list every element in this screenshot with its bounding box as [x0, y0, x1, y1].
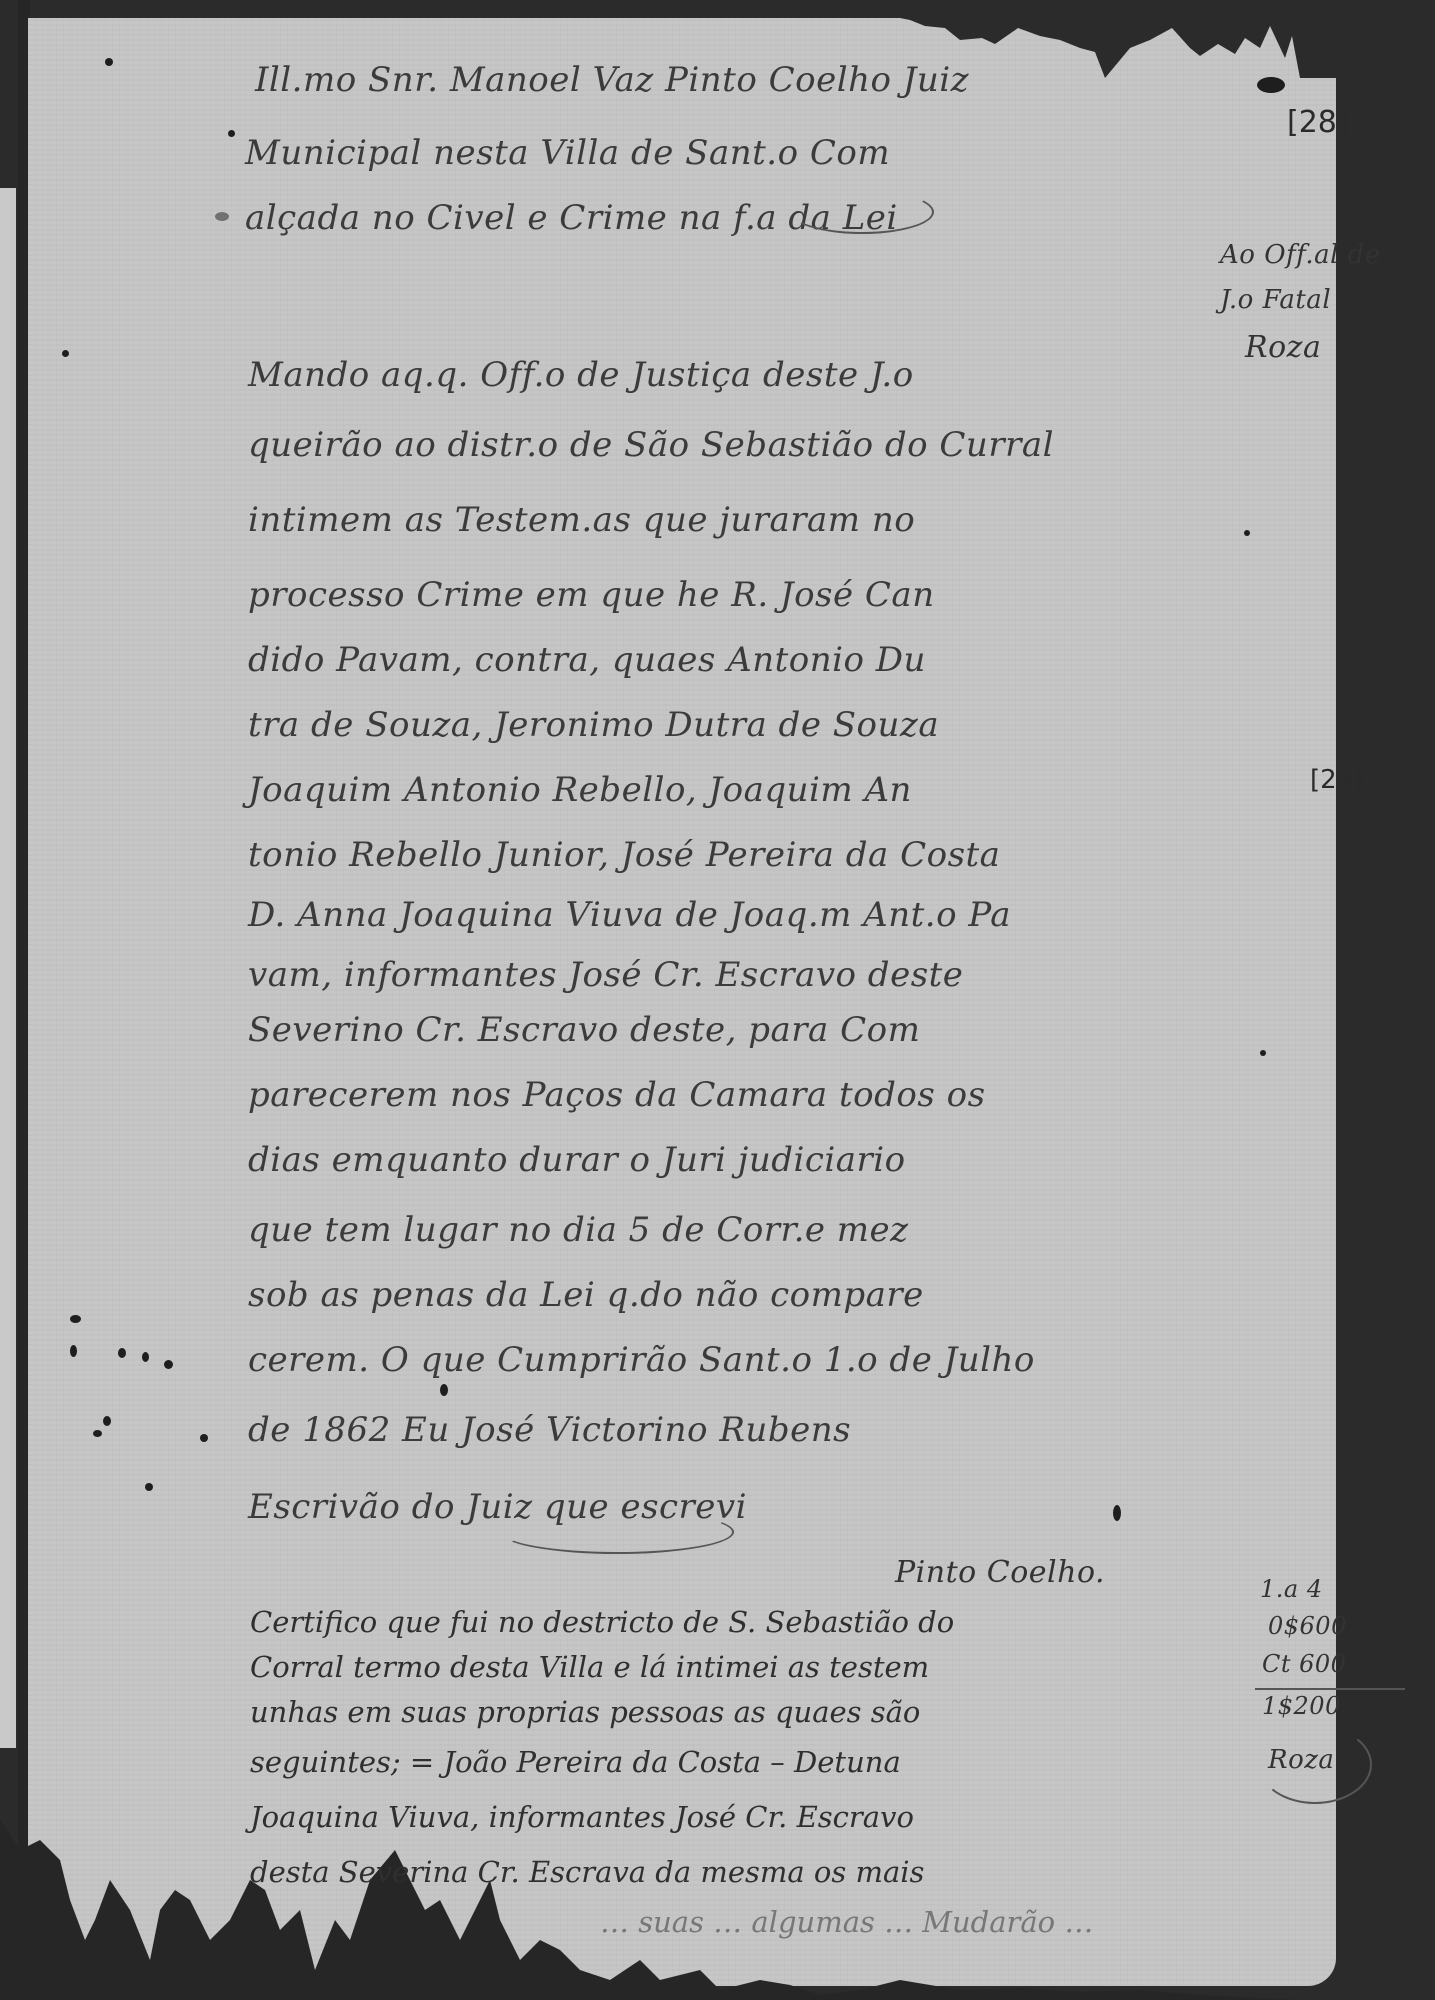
adjacent-page-strip: [0, 188, 16, 1748]
manuscript-page: [28, 18, 1336, 1986]
certificate-line: … suas … algumas … Mudarão …: [600, 1905, 1093, 1939]
body-line: de 1862 Eu José Victorino Rubens: [248, 1410, 851, 1450]
certificate-line: desta Severina Cr. Escrava da mesma os m…: [250, 1855, 924, 1889]
body-line: sob as penas da Lei q.do não compare: [248, 1275, 924, 1315]
fee-total: 1$200: [1262, 1692, 1341, 1720]
header-line: Ill.mo Snr. Manoel Vaz Pinto Coelho Juiz: [255, 60, 969, 100]
fee-line: 1.a 4: [1260, 1575, 1323, 1603]
ink-spot: [105, 58, 113, 66]
body-line: queirão ao distr.o de São Sebastião do C…: [248, 425, 1054, 465]
body-line: que tem lugar no dia 5 de Corr.e mez: [248, 1210, 909, 1250]
ink-spot: [118, 1348, 126, 1358]
body-line: tonio Rebello Junior, José Pereira da Co…: [248, 835, 1000, 875]
body-line: dido Pavam, contra, quaes Antonio Du: [248, 640, 926, 680]
body-line: vam, informantes José Cr. Escravo deste: [248, 955, 963, 995]
folio-number-top: [28]: [1287, 105, 1349, 140]
ink-spot: [1113, 1505, 1121, 1521]
ink-spot: [228, 130, 235, 137]
body-line: tra de Souza, Jeronimo Dutra de Souza: [248, 705, 939, 745]
certificate-line: Corral termo desta Villa e lá intimei as…: [250, 1650, 929, 1684]
ink-spot: [1257, 77, 1285, 93]
body-line: D. Anna Joaquina Viuva de Joaq.m Ant.o P…: [248, 895, 1011, 935]
ink-spot: [215, 212, 229, 221]
certificate-line: unhas em suas proprias pessoas as quaes …: [250, 1695, 920, 1729]
signature-flourish: [790, 190, 934, 234]
fee-signature-flourish: [1258, 1725, 1372, 1804]
signature-flourish: [500, 1510, 734, 1554]
ink-spot: [103, 1416, 111, 1426]
ink-spot: [70, 1315, 81, 1323]
judge-signature: Pinto Coelho.: [895, 1555, 1105, 1590]
ink-spot: [93, 1430, 102, 1437]
fee-sum-rule: [1255, 1688, 1405, 1690]
body-line: dias emquanto durar o Juri judiciario: [248, 1140, 906, 1180]
body-line: Mando aq.q. Off.o de Justiça deste J.o: [248, 355, 914, 395]
certificate-line: Certifico que fui no destricto de S. Seb…: [250, 1605, 954, 1639]
body-line: parecerem nos Paços da Camara todos os: [248, 1075, 986, 1115]
folio-number-middle: [29]: [1310, 765, 1363, 795]
body-line: cerem. O que Cumprirão Sant.o 1.o de Jul…: [248, 1340, 1035, 1380]
ink-spot: [1244, 530, 1250, 536]
body-line: Joaquim Antonio Rebello, Joaquim An: [248, 770, 912, 810]
body-line: intimem as Testem.as que juraram no: [248, 500, 915, 540]
ink-spot: [70, 1345, 77, 1357]
certificate-line: Joaquina Viuva, informantes José Cr. Esc…: [250, 1800, 914, 1834]
ink-spot: [440, 1384, 448, 1396]
body-line: Severino Cr. Escravo deste, para Com: [248, 1010, 920, 1050]
fee-line: 0$600: [1268, 1612, 1347, 1640]
body-line: processo Crime em que he R. José Can: [248, 575, 935, 615]
ink-spot: [142, 1352, 149, 1362]
ink-spot: [62, 350, 69, 357]
ink-spot: [164, 1360, 173, 1369]
ink-spot: [1260, 1050, 1266, 1056]
fee-line: Ct 600: [1262, 1650, 1346, 1678]
ink-spot: [145, 1483, 153, 1491]
certificate-line: seguintes; = João Pereira da Costa – Det…: [250, 1745, 901, 1779]
margin-note-line: J.o Fatal: [1220, 285, 1331, 315]
margin-note-signature: Roza: [1245, 330, 1321, 365]
ink-spot: [200, 1434, 208, 1442]
margin-note-line: Ao Off.al de: [1220, 240, 1381, 270]
header-line: Municipal nesta Villa de Sant.o Com: [245, 133, 890, 173]
